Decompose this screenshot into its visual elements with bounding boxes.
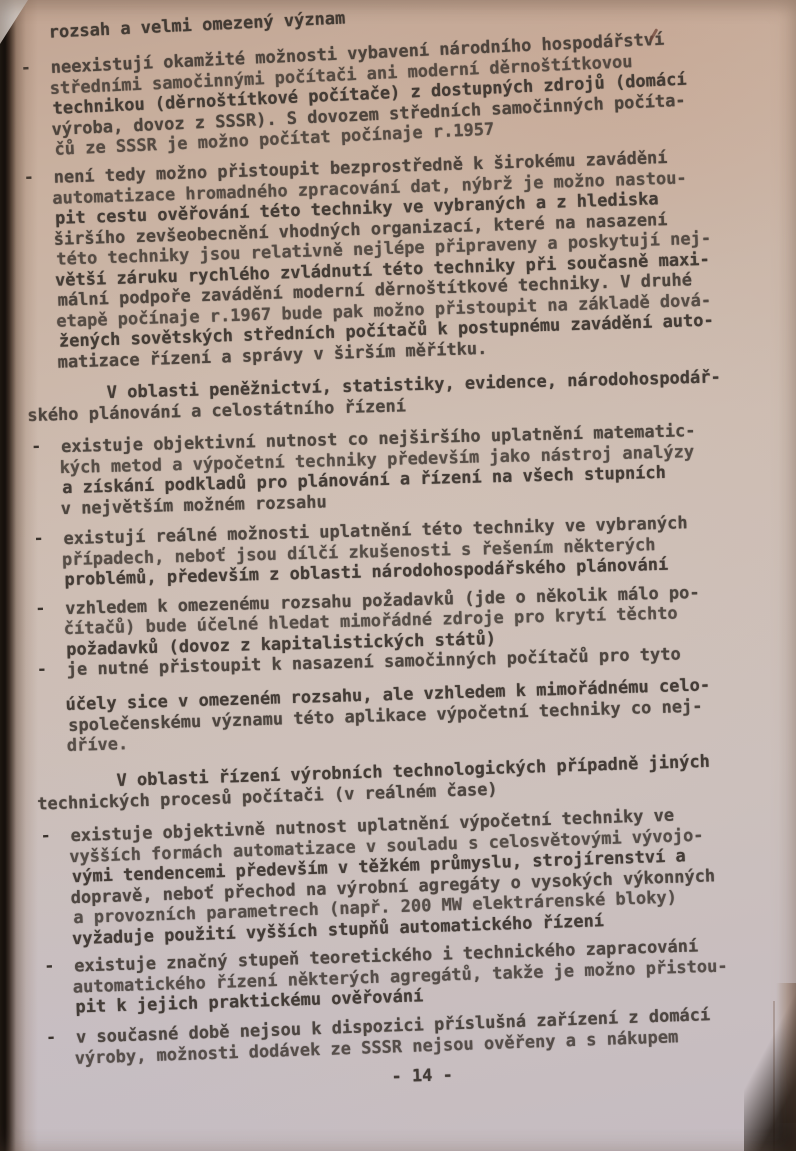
bullet-higher-automation-forms: -existuje objektivně nutnost uplatnění v…	[68, 801, 796, 949]
bullet-dash: -	[35, 598, 46, 619]
bullet-dash: -	[46, 1027, 57, 1048]
typewritten-page-text: rozsah a velmi omezený význam-neexistují…	[48, 0, 796, 1095]
bullet-objective-need-math-methods: -existuje objektivní nutnost co nejširší…	[59, 418, 796, 519]
bullet-dash: -	[31, 437, 42, 458]
bullet-dash: -	[44, 956, 55, 977]
bullet-dash: -	[23, 167, 34, 188]
section-heading-finance-statistics: V oblasti peněžnictví, statistiky, evide…	[25, 365, 796, 426]
bullet-dash: -	[40, 826, 51, 847]
continuation-deployment: účely sice v omezeném rozsahu, ale vzhle…	[65, 672, 796, 756]
bullet-real-possibilities: -existují reálné možnosti uplatnění této…	[61, 510, 796, 590]
underlying-page-corner	[0, 0, 28, 44]
scanned-document-photo: rozsah a velmi omezený význam-neexistují…	[0, 0, 796, 1151]
bullet-dash: -	[20, 57, 31, 78]
bullet-dash: -	[33, 529, 44, 550]
bullet-gradual-introduction: -není tedy možno přistoupit bezprostředn…	[51, 144, 796, 373]
bullet-no-immediate-equipment: -neexistují okamžité možnosti vybavení n…	[48, 23, 794, 160]
bullet-dash: -	[37, 660, 48, 681]
